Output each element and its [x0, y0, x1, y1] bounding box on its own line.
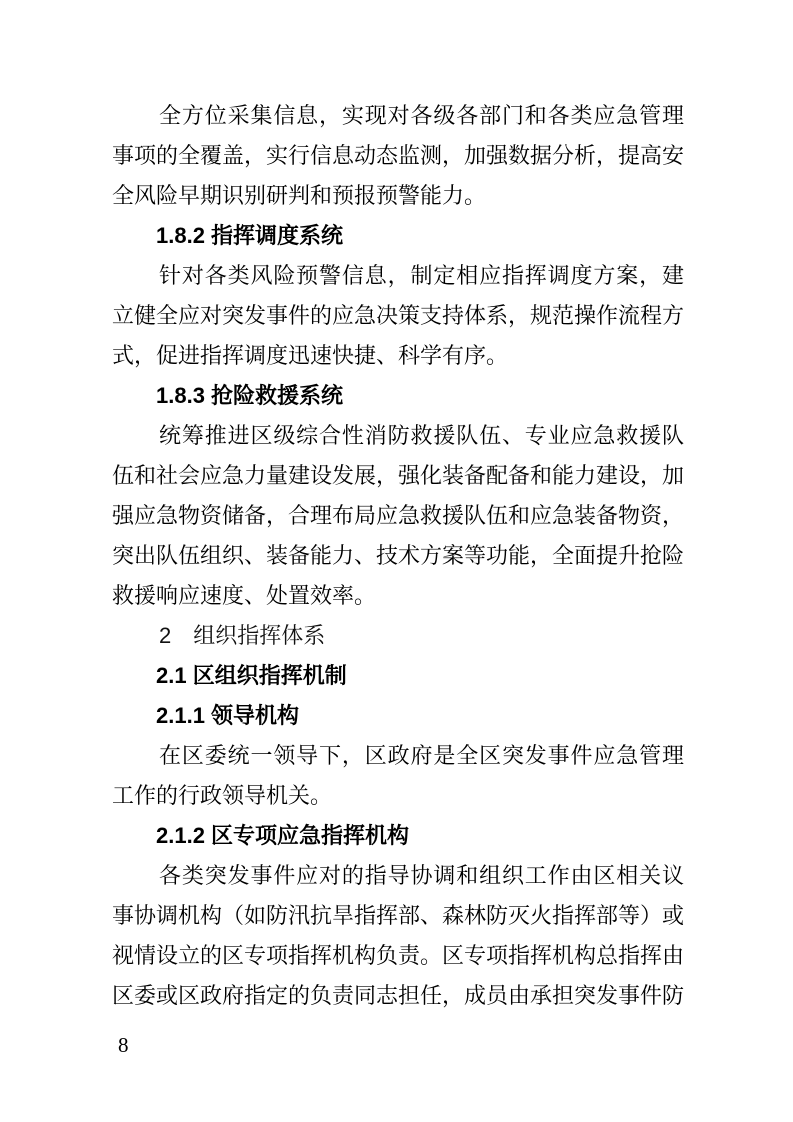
heading-2-1-1-leadership-organ: 2.1.1 领导机构 — [112, 696, 684, 736]
page-number: 8 — [118, 1030, 129, 1060]
heading-2-organization-command-system: 2 组织指挥体系 — [112, 616, 684, 656]
body-paragraph-special-command: 各类突发事件应对的指导协调和组织工作由区相关议事协调机构（如防汛抗旱指挥部、森林… — [112, 856, 684, 1016]
document-content: 全方位采集信息，实现对各级各部门和各类应急管理事项的全覆盖，实行信息动态监测，加… — [112, 96, 684, 1016]
body-paragraph-dispatch-plan: 针对各类风险预警信息，制定相应指挥调度方案，建立健全应对突发事件的应急决策支持体… — [112, 256, 684, 376]
heading-1-8-3-rescue-system: 1.8.3 抢险救援系统 — [112, 376, 684, 416]
heading-2-1-district-command-mechanism: 2.1 区组织指挥机制 — [112, 656, 684, 696]
body-paragraph-leadership: 在区委统一领导下，区政府是全区突发事件应急管理工作的行政领导机关。 — [112, 736, 684, 816]
body-paragraph-info-collection: 全方位采集信息，实现对各级各部门和各类应急管理事项的全覆盖，实行信息动态监测，加… — [112, 96, 684, 216]
heading-2-1-2-special-command-organ: 2.1.2 区专项应急指挥机构 — [112, 816, 684, 856]
body-paragraph-rescue-teams: 统筹推进区级综合性消防救援队伍、专业应急救援队伍和社会应急力量建设发展，强化装备… — [112, 416, 684, 616]
document-page: 全方位采集信息，实现对各级各部门和各类应急管理事项的全覆盖，实行信息动态监测，加… — [0, 0, 793, 1122]
heading-1-8-2-command-dispatch-system: 1.8.2 指挥调度系统 — [112, 216, 684, 256]
